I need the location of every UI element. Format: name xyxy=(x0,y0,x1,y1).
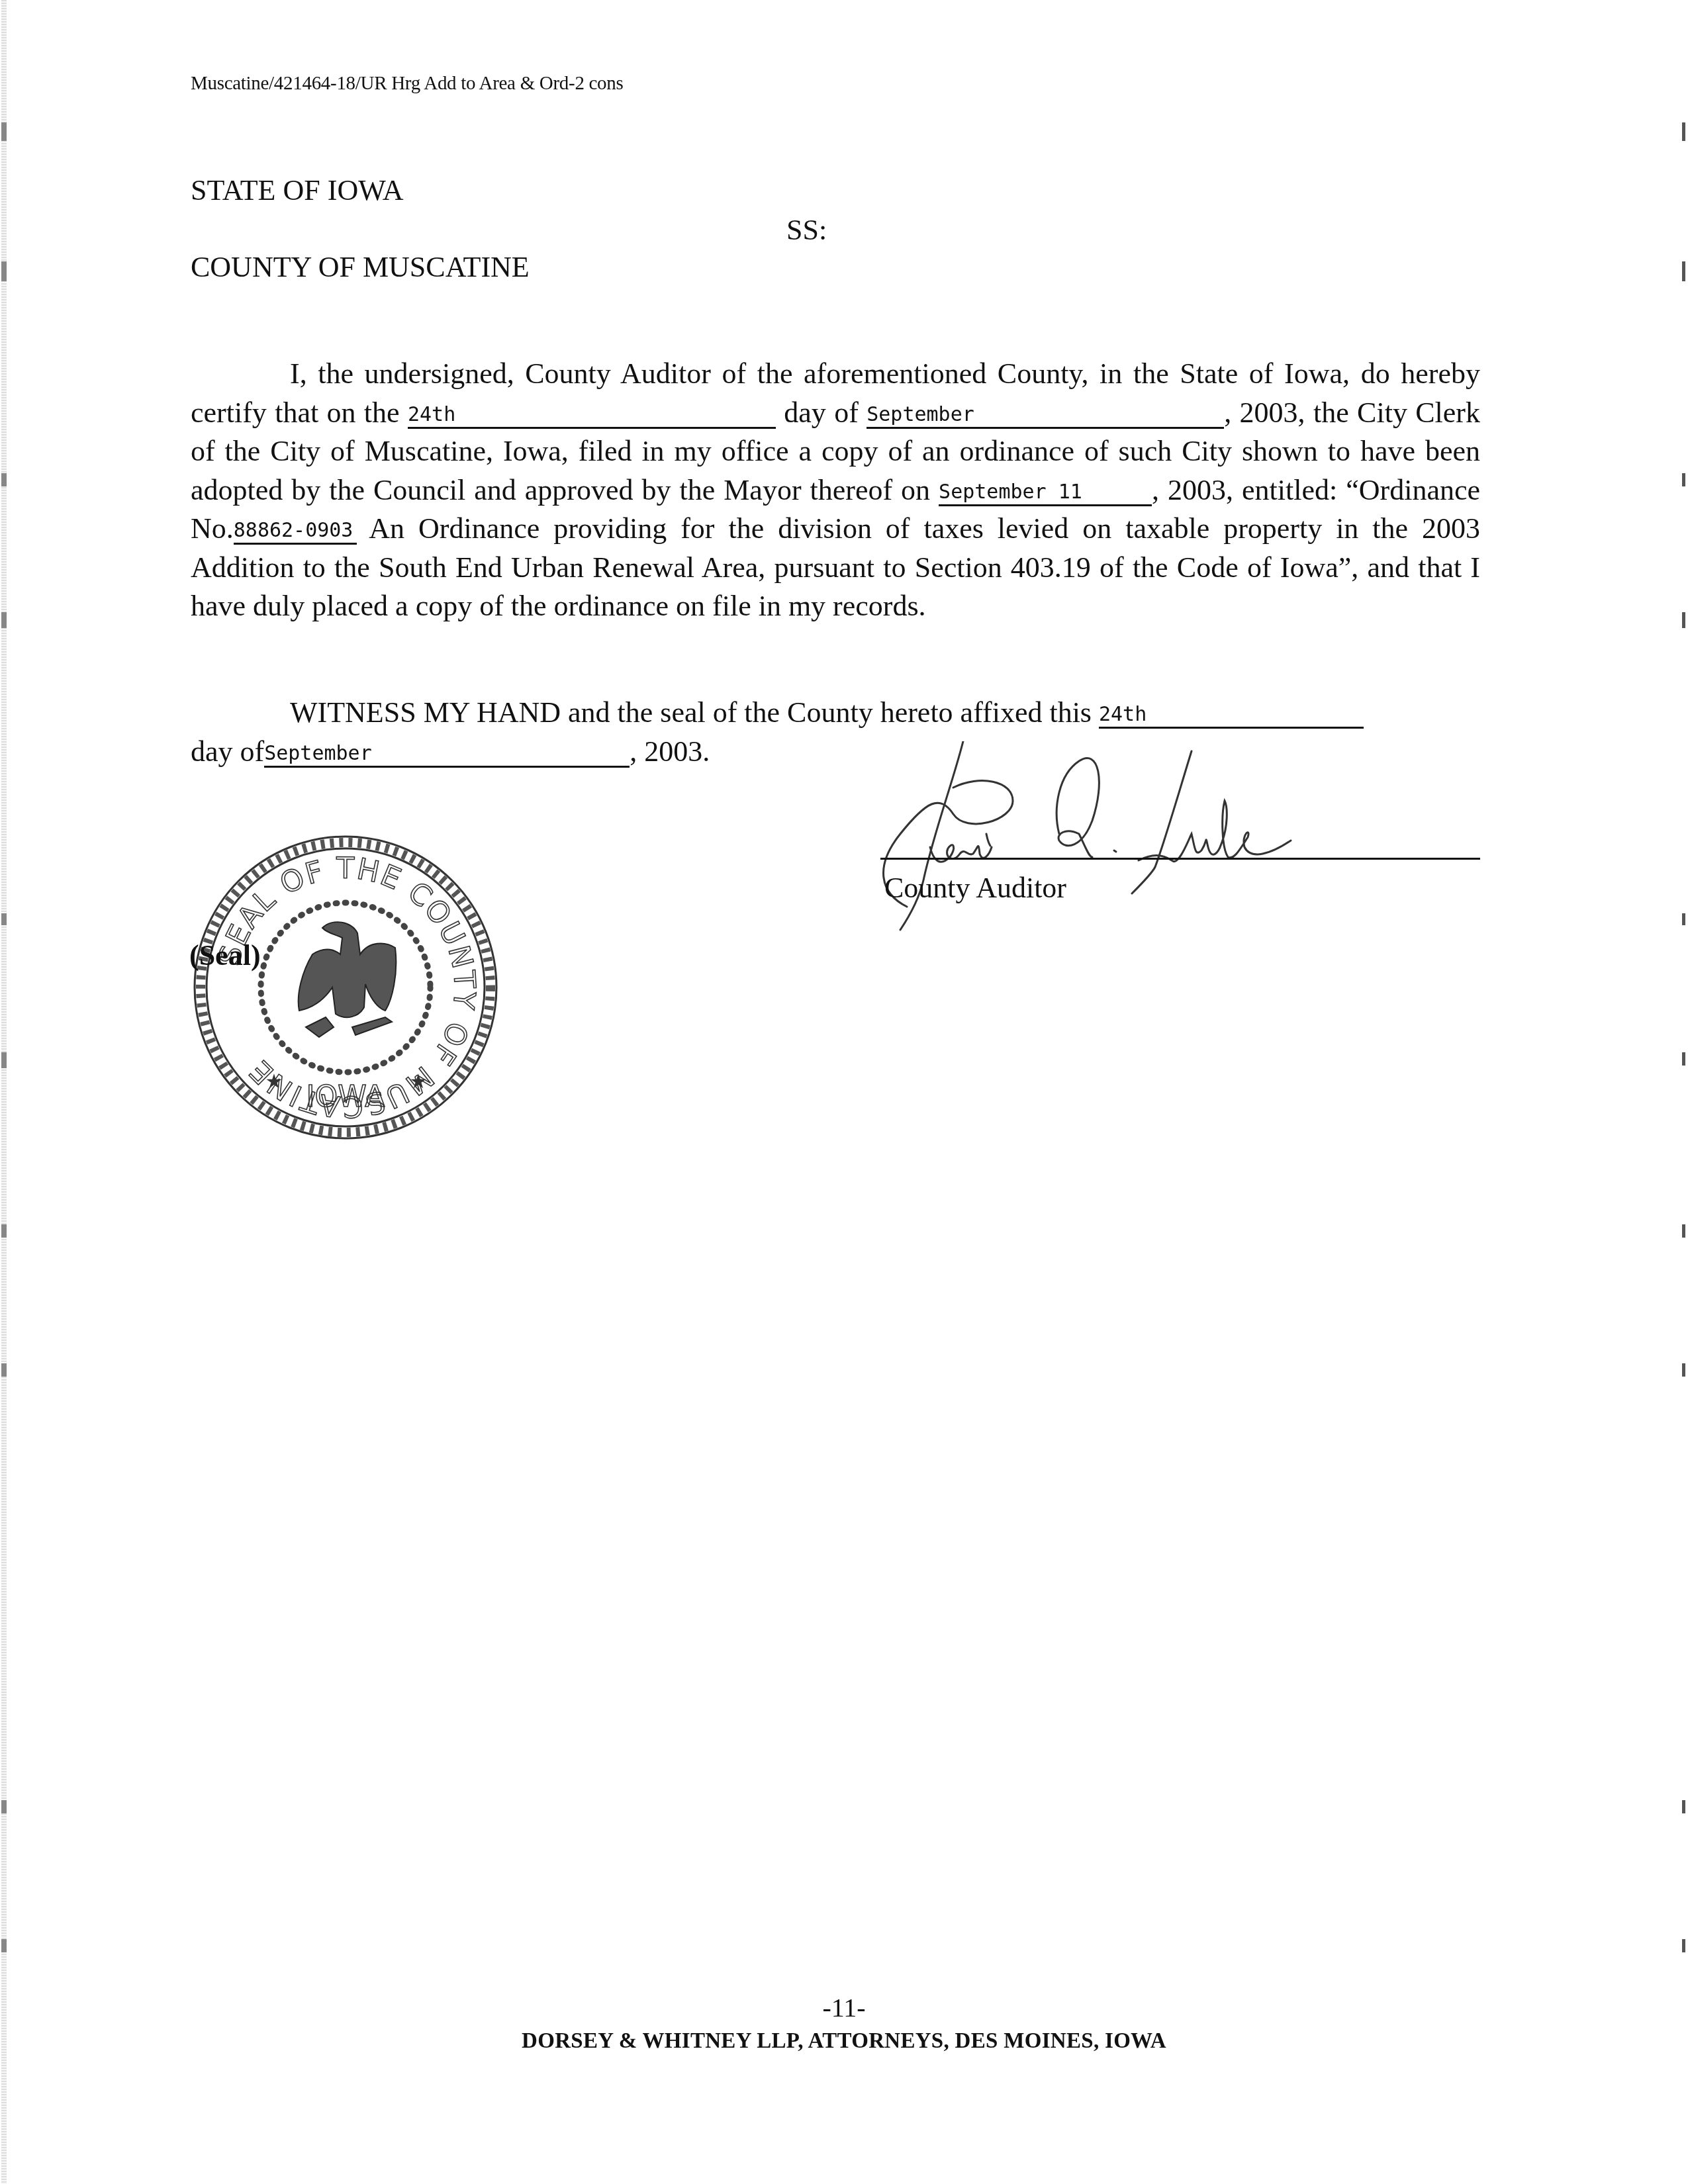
document-reference: Muscatine/421464-18/UR Hrg Add to Area &… xyxy=(191,73,624,95)
signer-title: County Auditor xyxy=(884,871,1066,905)
scan-mark xyxy=(1682,1224,1685,1238)
scan-mark xyxy=(1682,1363,1685,1377)
witness-month-field[interactable]: September xyxy=(264,742,630,768)
witness-text: WITNESS MY HAND and the seal of the Coun… xyxy=(290,696,1092,729)
scan-mark xyxy=(1682,473,1685,486)
scan-mark xyxy=(1,122,7,141)
filed-day-field[interactable]: 24th xyxy=(408,403,776,429)
caption-ss: SS: xyxy=(786,213,827,247)
witness-day-field[interactable]: 24th xyxy=(1099,703,1364,729)
scan-mark xyxy=(1682,1939,1685,1952)
scan-mark xyxy=(1,1800,7,1813)
day-of-label: day of xyxy=(784,396,859,429)
scan-mark xyxy=(1,1363,7,1377)
law-firm-footer: DORSEY & WHITNEY LLP, ATTORNEYS, DES MOI… xyxy=(0,2029,1688,2054)
scan-mark xyxy=(1682,612,1685,628)
eagle-icon xyxy=(299,922,397,1037)
scan-mark xyxy=(1682,1800,1685,1813)
svg-text:IOWA: IOWA xyxy=(306,1080,385,1114)
scan-mark xyxy=(1682,913,1685,925)
caption-county: COUNTY OF MUSCATINE xyxy=(191,250,530,284)
witness-year: , 2003. xyxy=(630,735,710,768)
scan-mark xyxy=(1,612,7,628)
page-number: -11- xyxy=(0,1992,1688,2023)
county-seal: SEAL OF THE COUNTY OF MUSCATINE IOWA ★ ★ xyxy=(187,829,504,1146)
scan-mark xyxy=(1682,122,1685,141)
scan-mark xyxy=(1,261,7,281)
certificate-line1: I, the undersigned, County Auditor of th… xyxy=(290,357,1350,390)
certificate-paragraph: I, the undersigned, County Auditor of th… xyxy=(191,355,1480,626)
scan-mark xyxy=(1,473,7,486)
adopted-date-field[interactable]: September 11 xyxy=(939,480,1152,506)
filed-month-field[interactable]: September xyxy=(867,403,1224,429)
svg-text:★: ★ xyxy=(410,1071,428,1093)
ordinance-number-field[interactable]: 88862-0903 xyxy=(234,519,357,545)
seal-label: (Seal) xyxy=(189,938,261,972)
scan-mark xyxy=(1,1052,7,1068)
svg-text:★: ★ xyxy=(265,1071,283,1093)
signature-line xyxy=(880,858,1480,860)
caption-state: STATE OF IOWA xyxy=(191,173,404,207)
entitled-suffix: An Ordinance providing for the division … xyxy=(191,512,1480,622)
scan-edge-left xyxy=(1,0,7,2184)
witness-day-of-label: day of xyxy=(191,735,264,768)
scan-mark xyxy=(1682,261,1685,281)
scan-mark xyxy=(1,913,7,925)
scan-mark xyxy=(1,1224,7,1238)
comma: , xyxy=(1224,396,1231,429)
scan-mark xyxy=(1,1939,7,1952)
scan-mark xyxy=(1682,1052,1685,1066)
